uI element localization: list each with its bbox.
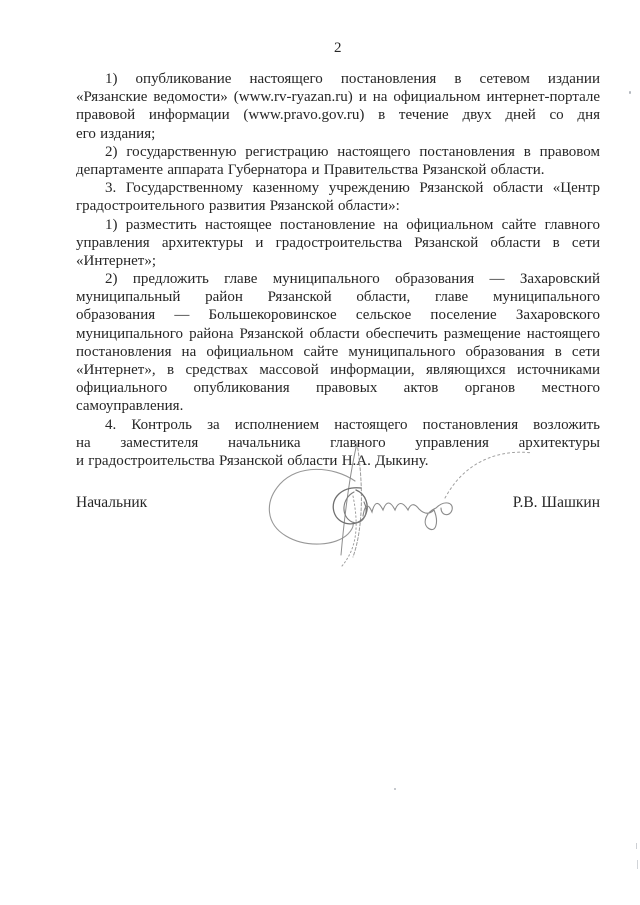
text-line: самоуправления. [76, 397, 600, 415]
text-line: правовой информации (www.pravo.gov.ru) в… [76, 106, 600, 124]
text-line: муниципальный район Рязанской области, г… [76, 288, 600, 306]
text-line: управления архитектуры и градостроительс… [76, 234, 600, 252]
text-line: градостроительного развития Рязанской об… [76, 197, 600, 215]
signature-block: Начальник Р.В. Шашкин [76, 494, 600, 512]
text-line: 1) опубликование настоящего постановлени… [76, 70, 600, 88]
scan-artifact [394, 788, 396, 790]
scan-artifact [637, 860, 638, 869]
text-line: 1) разместить настоящее постановление на… [76, 216, 600, 234]
document-body: 1) опубликование настоящего постановлени… [76, 70, 600, 470]
scan-artifact [636, 843, 637, 849]
text-line: «Интернет», в средствах массовой информа… [76, 361, 600, 379]
signer-name: Р.В. Шашкин [513, 494, 600, 512]
signer-title: Начальник [76, 494, 147, 512]
text-line: «Рязанские ведомости» (www.rv-ryazan.ru)… [76, 88, 600, 106]
text-line: его издания; [76, 125, 600, 143]
text-line: 2) предложить главе муниципального образ… [76, 270, 600, 288]
document-page: 2 1) опубликование настоящего постановле… [0, 0, 640, 905]
text-line: «Интернет»; [76, 252, 600, 270]
text-line: образования — Большекоровинское сельское… [76, 306, 600, 324]
text-line: на заместителя начальника главного управ… [76, 434, 600, 452]
text-line: постановления на официальном сайте муниц… [76, 343, 600, 361]
text-line: 3. Государственному казенному учреждению… [76, 179, 600, 197]
text-line: и градостроительства Рязанской области Н… [76, 452, 600, 470]
text-line: 4. Контроль за исполнением настоящего по… [76, 416, 600, 434]
text-line: официального опубликования правовых акто… [76, 379, 600, 397]
scan-artifact [629, 91, 631, 94]
text-line: департаменте аппарата Губернатора и Прав… [76, 161, 600, 179]
page-number: 2 [76, 40, 600, 57]
text-line: 2) государственную регистрацию настоящег… [76, 143, 600, 161]
text-line: муниципального района Рязанской области … [76, 325, 600, 343]
